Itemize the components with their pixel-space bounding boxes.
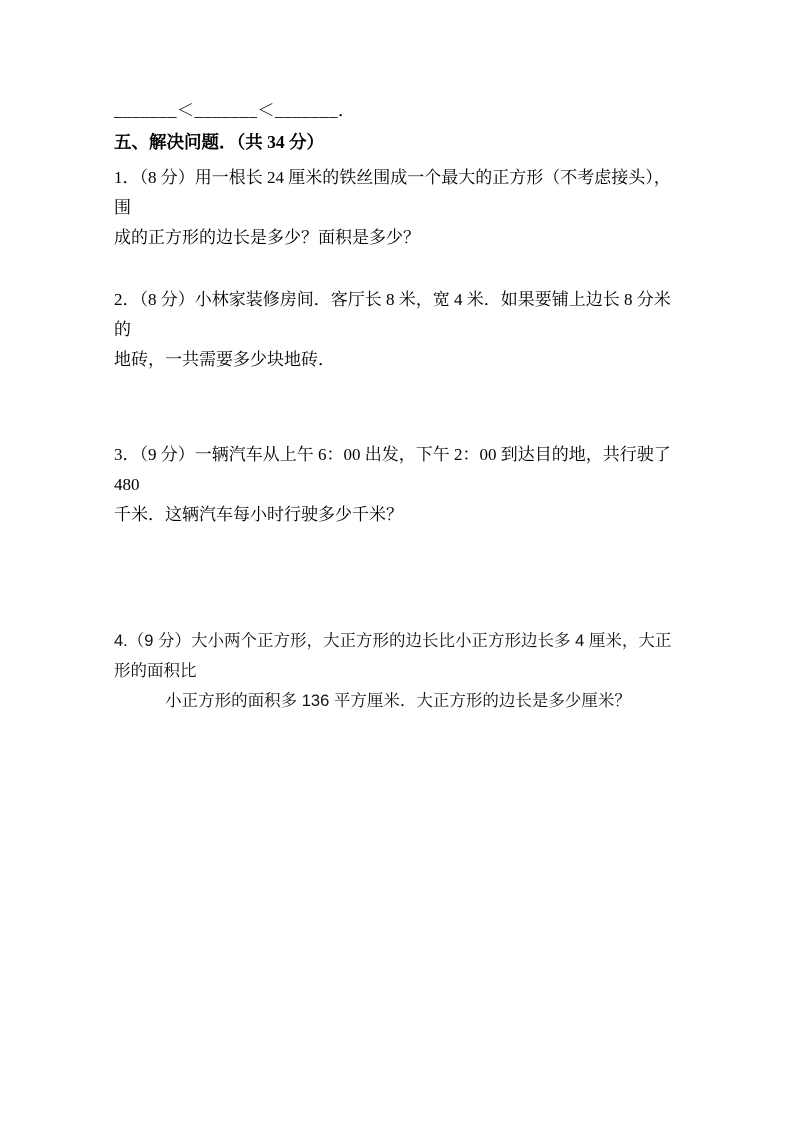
problem-2-line-2: 地砖，一共需要多少块地砖．	[114, 345, 682, 375]
problem-1: 1．（8 分）用一根长 24 厘米的铁丝围成一个最大的正方形（不考虑接头），围 …	[114, 163, 682, 253]
section-heading: 五、解决问题．（共 34 分）	[114, 127, 682, 157]
problem-1-line-2: 成的正方形的边长是多少？面积是多少？	[114, 223, 682, 253]
problem-2: 2．（8 分）小林家装修房间．客厅长 8 米，宽 4 米．如果要铺上边长 8 分…	[114, 285, 682, 375]
problem-3-line-2: 千米．这辆汽车每小时行驶多少千米？	[114, 500, 682, 530]
problem-4: 4.（9 分）大小两个正方形，大正方形的边长比小正方形边长多 4 厘米，大正形的…	[114, 626, 682, 716]
comparison-blanks-line: _______＜_______＜_______．	[114, 96, 682, 126]
worksheet-page: _______＜_______＜_______． 五、解决问题．（共 34 分）…	[0, 0, 793, 1122]
problem-1-line-1: 1．（8 分）用一根长 24 厘米的铁丝围成一个最大的正方形（不考虑接头），围	[114, 163, 682, 223]
problem-3-line-1: 3．（9 分）一辆汽车从上午 6：00 出发，下午 2：00 到达目的地，共行驶…	[114, 440, 682, 500]
problem-3: 3．（9 分）一辆汽车从上午 6：00 出发，下午 2：00 到达目的地，共行驶…	[114, 440, 682, 530]
problem-2-line-1: 2．（8 分）小林家装修房间．客厅长 8 米，宽 4 米．如果要铺上边长 8 分…	[114, 285, 682, 345]
problem-4-line-2: 小正方形的面积多 136 平方厘米．大正方形的边长是多少厘米？	[114, 686, 682, 716]
problem-4-line-1: 4.（9 分）大小两个正方形，大正方形的边长比小正方形边长多 4 厘米，大正形的…	[114, 626, 682, 686]
